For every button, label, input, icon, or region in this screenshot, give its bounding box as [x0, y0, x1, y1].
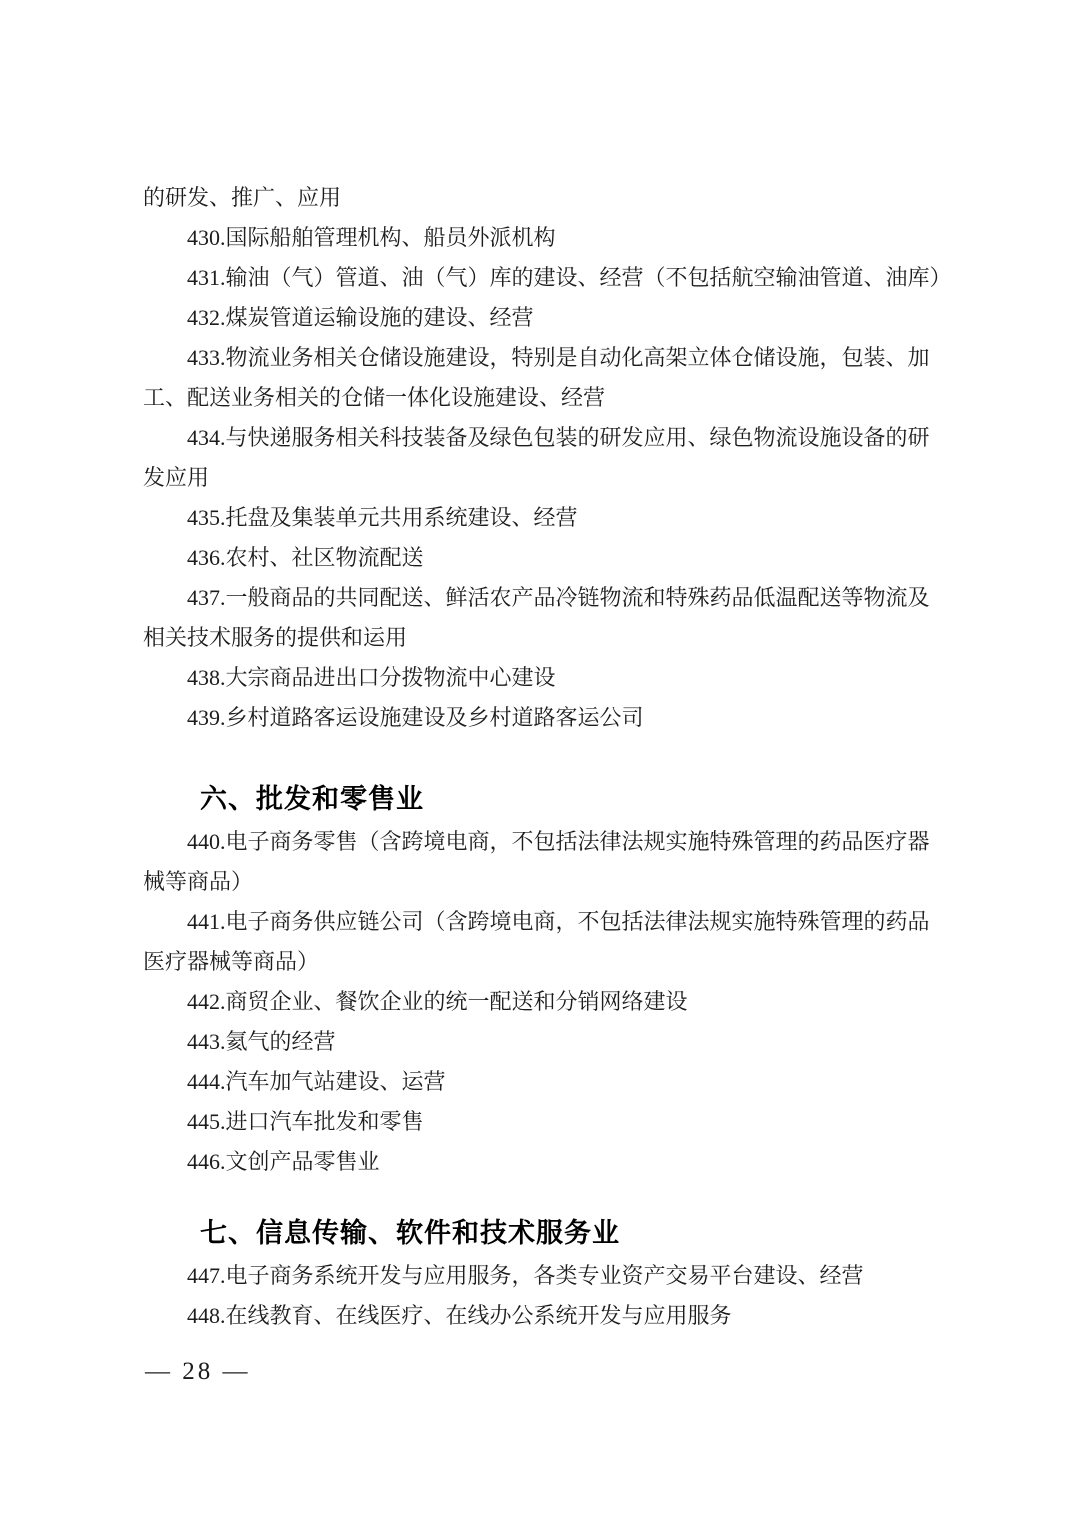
- catalog-item: 444.汽车加气站建设、运营: [143, 1062, 943, 1102]
- section-heading: 六、批发和零售业: [143, 778, 943, 820]
- catalog-item: 445.进口汽车批发和零售: [143, 1102, 943, 1142]
- catalog-item: 440.电子商务零售（含跨境电商，不包括法律法规实施特殊管理的药品医疗器 械等商…: [143, 822, 943, 902]
- catalog-item: 437.一般商品的共同配送、鲜活农产品冷链物流和特殊药品低温配送等物流及 相关技…: [143, 578, 943, 658]
- catalog-item: 433.物流业务相关仓储设施建设，特别是自动化高架立体仓储设施，包装、加 工、配…: [143, 338, 943, 418]
- catalog-item: 439.乡村道路客运设施建设及乡村道路客运公司: [143, 698, 943, 738]
- catalog-item: 442.商贸企业、餐饮企业的统一配送和分销网络建设: [143, 982, 943, 1022]
- catalog-item: 441.电子商务供应链公司（含跨境电商，不包括法律法规实施特殊管理的药品 医疗器…: [143, 902, 943, 982]
- catalog-item: 432.煤炭管道运输设施的建设、经营: [143, 298, 943, 338]
- continuation-text: 的研发、推广、应用: [143, 178, 943, 218]
- section-heading: 七、信息传输、软件和技术服务业: [143, 1212, 943, 1254]
- catalog-item: 443.氦气的经营: [143, 1022, 943, 1062]
- catalog-item: 447.电子商务系统开发与应用服务，各类专业资产交易平台建设、经营: [143, 1256, 943, 1296]
- catalog-item: 431.输油（气）管道、油（气）库的建设、经营（不包括航空输油管道、油库）: [143, 258, 943, 298]
- catalog-item: 438.大宗商品进出口分拨物流中心建设: [143, 658, 943, 698]
- page-number: — 28 —: [145, 1352, 251, 1392]
- catalog-item: 446.文创产品零售业: [143, 1142, 943, 1182]
- catalog-item: 448.在线教育、在线医疗、在线办公系统开发与应用服务: [143, 1296, 943, 1336]
- document-content: 的研发、推广、应用 430.国际船舶管理机构、船员外派机构431.输油（气）管道…: [143, 178, 943, 1336]
- catalog-item: 436.农村、社区物流配送: [143, 538, 943, 578]
- catalog-item: 430.国际船舶管理机构、船员外派机构: [143, 218, 943, 258]
- sections-container: 430.国际船舶管理机构、船员外派机构431.输油（气）管道、油（气）库的建设、…: [143, 218, 943, 1336]
- catalog-item: 435.托盘及集装单元共用系统建设、经营: [143, 498, 943, 538]
- document-page: 的研发、推广、应用 430.国际船舶管理机构、船员外派机构431.输油（气）管道…: [0, 0, 1074, 1520]
- catalog-item: 434.与快递服务相关科技装备及绿色包装的研发应用、绿色物流设施设备的研 发应用: [143, 418, 943, 498]
